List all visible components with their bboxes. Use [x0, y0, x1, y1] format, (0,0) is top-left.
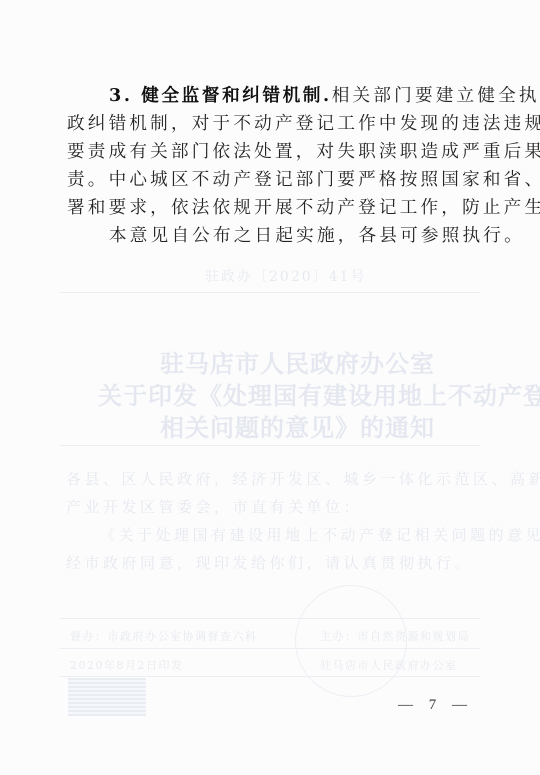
show-through-title-2: 关于印发《处理国有建设用地上不动产登记 [98, 376, 540, 411]
paragraph-3-line-2: 政纠错机制，对于不动产登记工作中发现的违法违规发证行为， [67, 113, 487, 135]
show-through-issuer: 驻马店市人民政府办公室 [320, 657, 458, 673]
show-through-title-3: 相关问题的意见》的通知 [160, 408, 435, 443]
show-through-rule [60, 445, 480, 446]
paragraph-3-line-3: 要责成有关部门依法处置，对失职渎职造成严重后果的要严肃追 [67, 141, 487, 163]
show-through-barcode [68, 678, 146, 716]
show-through-body-2: 产业开发区管委会，市直有关单位： [66, 496, 362, 517]
show-through-rule [60, 648, 480, 649]
paragraph-text: 相关部门要建立健全执法监督和行 [332, 86, 540, 106]
paragraph-heading: 3. 健全监督和纠错机制. [109, 85, 332, 106]
document-page: 驻政办〔2020〕41号 驻马店市人民政府办公室 关于印发《处理国有建设用地上不… [0, 0, 540, 775]
show-through-supervise: 督办：市政府办公室协调督查六科 [70, 628, 258, 644]
show-through-doc-number: 驻政办〔2020〕41号 [205, 266, 366, 286]
show-through-host: 主办：市自然资源和规划局 [320, 628, 470, 644]
closing-paragraph: 本意见自公布之日起实施，各县可参照执行。 [109, 225, 529, 247]
show-through-rule [60, 676, 480, 677]
show-through-body-3: 《关于处理国有建设用地上不动产登记相关问题的意见》已 [100, 524, 540, 545]
show-through-date: 2020年8月2日印发 [70, 657, 184, 673]
show-through-body-1: 各县、区人民政府，经济开发区、城乡一体化示范区、高新技术 [66, 468, 540, 489]
page-number: — 7 — [398, 697, 473, 714]
show-through-body-4: 经市政府同意，现印发给你们，请认真贯彻执行。 [66, 552, 473, 573]
paragraph-3-line-4: 责。中心城区不动产登记部门要严格按照国家和省、市的统一部 [67, 169, 487, 191]
paragraph-3-line-1: 3. 健全监督和纠错机制.相关部门要建立健全执法监督和行 [109, 85, 529, 107]
show-through-rule [60, 618, 480, 619]
paragraph-3-line-5: 署和要求，依法依规开展不动产登记工作，防止产生新的问题。 [67, 197, 487, 219]
show-through-title-1: 驻马店市人民政府办公室 [160, 344, 435, 379]
show-through-rule [60, 292, 480, 293]
